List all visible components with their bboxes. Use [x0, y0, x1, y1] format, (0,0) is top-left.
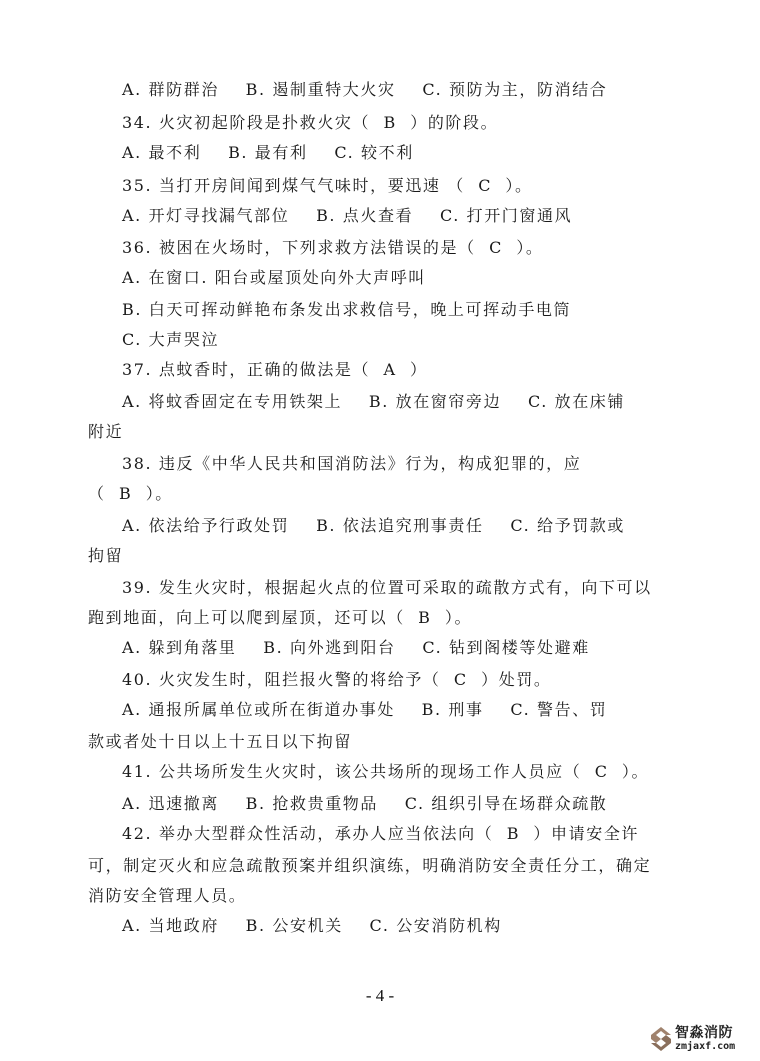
- brand-logo-icon: [650, 1026, 672, 1052]
- text-line: 拘留: [88, 546, 123, 566]
- text-line: B. 白天可挥动鲜艳布条发出求救信号，晚上可挥动手电筒: [122, 300, 571, 320]
- text-line: A. 群防群治 B. 遏制重特大火灾 C. 预防为主，防消结合: [122, 80, 607, 100]
- text-line: A. 在窗口. 阳台或屋顶处向外大声呼叫: [122, 268, 426, 288]
- text-line: 款或者处十日以上十五日以下拘留: [88, 732, 352, 752]
- text-line: （ B ）。: [88, 484, 173, 504]
- text-line: 35. 当打开房间闻到煤气气味时，要迅速 （ C ）。: [122, 176, 533, 196]
- document-page: A. 群防群治 B. 遏制重特大火灾 C. 预防为主，防消结合34. 火灾初起阶…: [0, 0, 760, 1061]
- text-line: A. 最不利 B. 最有利 C. 较不利: [122, 143, 414, 163]
- text-line: A. 开灯寻找漏气部位 B. 点火查看 C. 打开门窗通风: [122, 206, 572, 226]
- text-line: 40. 火灾发生时，阻拦报火警的将给予（ C ）处罚。: [122, 670, 552, 690]
- text-line: 可，制定灭火和应急疏散预案并组织演练，明确消防安全责任分工，确定: [88, 856, 651, 876]
- text-line: 41. 公共场所发生火灾时，该公共场所的现场工作人员应（ C ）。: [122, 762, 649, 782]
- watermark-url: zmjaxf.com: [675, 1042, 735, 1052]
- text-line: 34. 火灾初起阶段是扑救火灾（ B ）的阶段。: [122, 113, 498, 133]
- text-line: 39. 发生火灾时，根据起火点的位置可采取的疏散方式有，向下可以: [122, 578, 652, 598]
- text-line: 37. 点蚊香时，正确的做法是（ A ）: [122, 360, 428, 380]
- watermark: 智淼消防 zmjaxf.com: [650, 1022, 756, 1056]
- text-line: 跑到地面，向上可以爬到屋顶，还可以（ B ）。: [88, 608, 472, 628]
- text-line: 消防安全管理人员。: [88, 886, 246, 906]
- text-line: 附近: [88, 422, 123, 442]
- text-line: A. 将蚊香固定在专用铁架上 B. 放在窗帘旁边 C. 放在床铺: [122, 392, 625, 412]
- text-line: A. 通报所属单位或所在街道办事处 B. 刑事 C. 警告、罚: [122, 700, 607, 720]
- text-line: 36. 被困在火场时，下列求救方法错误的是（ C ）。: [122, 238, 544, 258]
- text-line: A. 迅速撤离 B. 抢救贵重物品 C. 组织引导在场群众疏散: [122, 794, 607, 814]
- text-line: C. 大声哭泣: [122, 330, 219, 350]
- text-line: A. 依法给予行政处罚 B. 依法追究刑事责任 C. 给予罚款或: [122, 516, 625, 536]
- text-line: A. 躲到角落里 B. 向外逃到阳台 C. 钻到阁楼等处避难: [122, 638, 590, 658]
- text-line: 38. 违反《中华人民共和国消防法》行为，构成犯罪的，应: [122, 454, 581, 474]
- page-number: - 4 -: [0, 986, 760, 1006]
- watermark-brand-name: 智淼消防: [675, 1026, 735, 1040]
- text-line: 42. 举办大型群众性活动，承办人应当依法向（ B ）申请安全许: [122, 824, 639, 844]
- text-line: A. 当地政府 B. 公安机关 C. 公安消防机构: [122, 916, 502, 936]
